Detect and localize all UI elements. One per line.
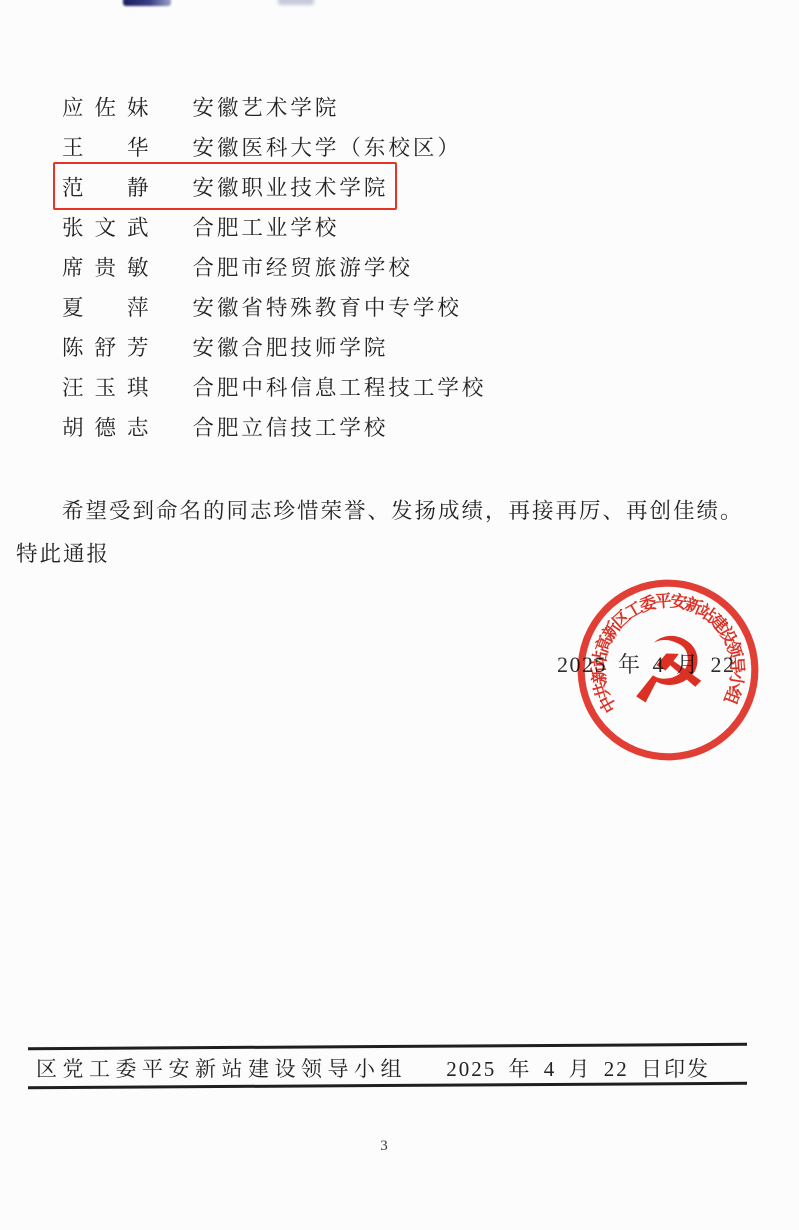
awardee-name: 席贵敏 xyxy=(62,248,154,288)
footer-rule-top xyxy=(28,1043,747,1050)
list-item: 张文武 合肥工业学校 xyxy=(62,208,486,248)
red-annotation-box xyxy=(53,162,397,210)
scan-artifact-mark xyxy=(278,0,314,5)
list-item: 陈舒芳 安徽合肥技师学院 xyxy=(62,328,486,368)
closing-line: 特此通报 xyxy=(16,533,784,576)
footer-issuer: 区党工委平安新站建设领导小组 xyxy=(36,1054,407,1084)
awardee-name: 张文武 xyxy=(62,208,154,248)
closing-paragraph: 希望受到命名的同志珍惜荣誉、发扬成绩，再接再厉、再创佳绩。 特此通报 xyxy=(16,490,784,576)
awardee-name: 胡德志 xyxy=(62,408,154,448)
awardee-school: 合肥中科信息工程技工学校 xyxy=(192,368,486,408)
footer-print-date: 2025 年 4 月 22 日印发 xyxy=(446,1054,710,1084)
awardee-name: 陈舒芳 xyxy=(62,328,154,368)
list-item: 汪玉琪 合肥中科信息工程技工学校 xyxy=(62,368,486,408)
awardee-name: 应佐妹 xyxy=(62,88,154,128)
list-item: 应佐妹 安徽艺术学院 xyxy=(62,88,486,128)
awardee-name: 汪玉琪 xyxy=(62,368,154,408)
awardee-school: 安徽合肥技师学院 xyxy=(192,328,388,368)
list-item: 夏 萍 安徽省特殊教育中专学校 xyxy=(62,288,486,328)
awardee-list: 应佐妹 安徽艺术学院 王 华 安徽医科大学（东校区） 范 静 安徽职业技术学院 … xyxy=(62,88,486,448)
hammer-sickle-icon: ☭ xyxy=(626,618,710,725)
awardee-school: 安徽艺术学院 xyxy=(192,88,339,128)
awardee-school: 合肥工业学校 xyxy=(192,208,339,248)
official-seal-stamp: 中共新站高新区工委平安新站建设领导小组 ☭ xyxy=(570,572,767,769)
awardee-name: 夏 萍 xyxy=(62,288,154,328)
page-number: 3 xyxy=(372,1138,396,1155)
closing-line: 希望受到命名的同志珍惜荣誉、发扬成绩，再接再厉、再创佳绩。 xyxy=(16,490,784,533)
list-item: 胡德志 合肥立信技工学校 xyxy=(62,408,486,448)
awardee-school: 安徽省特殊教育中专学校 xyxy=(192,288,462,328)
awardee-school: 合肥市经贸旅游学校 xyxy=(192,248,413,288)
scan-artifact-mark xyxy=(123,0,171,6)
list-item: 席贵敏 合肥市经贸旅游学校 xyxy=(62,248,486,288)
awardee-school: 合肥立信技工学校 xyxy=(192,408,388,448)
scanned-document-page: 应佐妹 安徽艺术学院 王 华 安徽医科大学（东校区） 范 静 安徽职业技术学院 … xyxy=(0,0,799,1230)
